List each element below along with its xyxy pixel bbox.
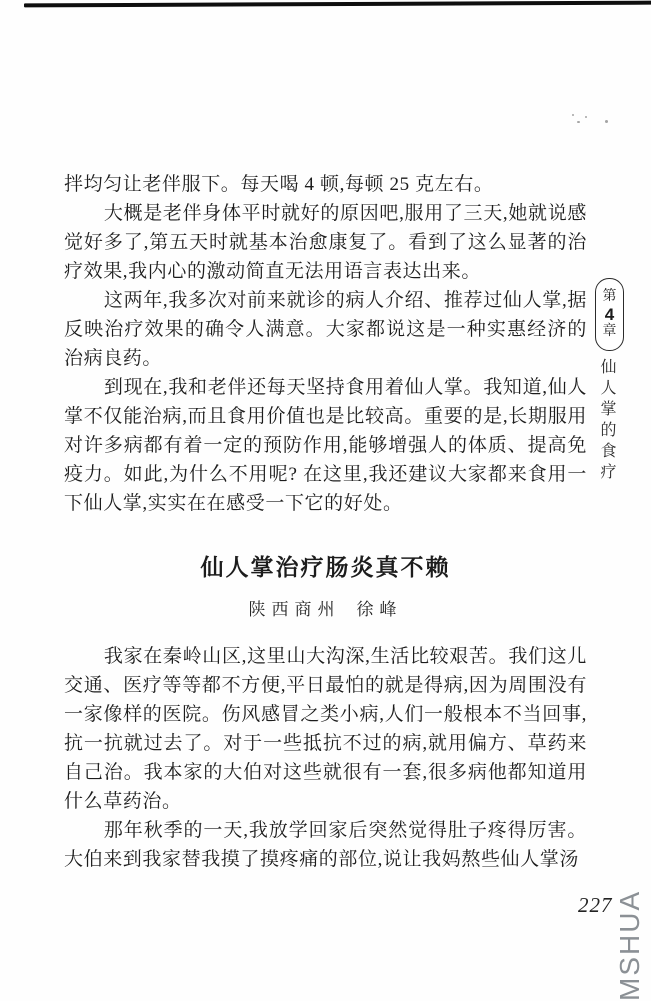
- scan-speck: [572, 114, 574, 116]
- chapter-badge-prefix: 第: [603, 289, 617, 305]
- scan-speck: [585, 116, 587, 118]
- paragraph: 我家在秦岭山区,这里山大沟深,生活比较艰苦。我们这儿交通、医疗等等都不方便,平日…: [64, 642, 587, 816]
- body-text-block-1: 拌均匀让老伴服下。每天喝 4 顿,每顿 25 克左右。 大概是老伴身体平时就好的…: [64, 170, 587, 518]
- paragraph: 大概是老伴身体平时就好的原因吧,服用了三天,她就说感觉好多了,第五天时就基本治愈…: [64, 199, 587, 286]
- section-byline: 陕西商州徐峰: [64, 595, 587, 620]
- chapter-badge-suffix: 章: [603, 324, 617, 340]
- section-title: 仙人掌治疗肠炎真不赖: [64, 549, 587, 582]
- chapter-badge-number: 4: [605, 306, 614, 323]
- page-number: 227: [578, 893, 613, 918]
- watermark-text: MSHUA: [612, 881, 648, 1001]
- paragraph: 到现在,我和老伴还每天坚持食用着仙人掌。我知道,仙人掌不仅能治病,而且食用价值也…: [64, 373, 587, 518]
- chapter-title-vertical: 仙人掌的食疗: [595, 358, 618, 484]
- scan-speck: [577, 121, 580, 123]
- scan-speck: [605, 120, 608, 123]
- paragraph: 拌均匀让老伴服下。每天喝 4 顿,每顿 25 克左右。: [64, 170, 587, 199]
- chapter-badge: 第 4 章: [595, 278, 624, 351]
- byline-author: 徐峰: [357, 600, 403, 619]
- paragraph: 这两年,我多次对前来就诊的病人介绍、推荐过仙人掌,据反映治疗效果的确令人满意。大…: [64, 286, 587, 373]
- paragraph: 那年秋季的一天,我放学回家后突然觉得肚子疼得厉害。大伯来到我家替我摸了摸疼痛的部…: [64, 816, 587, 874]
- body-text-block-2: 我家在秦岭山区,这里山大沟深,生活比较艰苦。我们这儿交通、医疗等等都不方便,平日…: [64, 642, 587, 874]
- scanned-book-page: 拌均匀让老伴服下。每天喝 4 顿,每顿 25 克左右。 大概是老伴身体平时就好的…: [0, 0, 651, 1001]
- scan-edge-line: [24, 1, 651, 8]
- byline-location: 陕西商州: [249, 600, 341, 619]
